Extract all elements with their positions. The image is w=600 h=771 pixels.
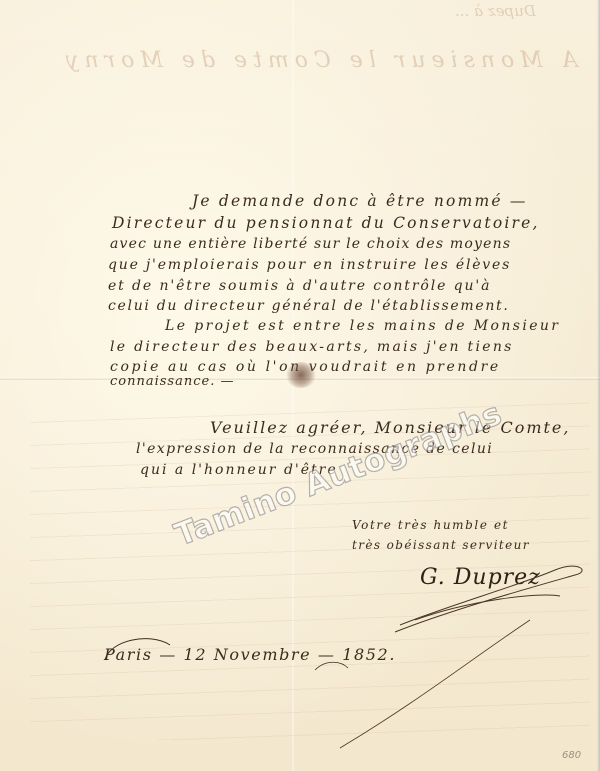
signature: G. Duprez: [420, 565, 541, 590]
body-line-3: avec une entière liberté sur le choix de…: [110, 236, 511, 252]
valediction-line-2: très obéissant serviteur: [352, 538, 530, 552]
ink-stain: [286, 362, 316, 388]
body-line-2: Directeur du pensionnat du Conservatoire…: [112, 214, 540, 232]
body-line-5: et de n'être soumis à d'autre contrôle q…: [108, 278, 491, 294]
archive-number: 680: [562, 750, 581, 761]
body-line-8: le directeur des beaux-arts, mais j'en t…: [110, 339, 514, 355]
body-line-7: Le projet est entre les mains de Monsieu…: [165, 318, 560, 334]
body-line-10: connaissance. —: [110, 374, 234, 389]
valediction-line-1: Votre très humble et: [352, 518, 509, 532]
body-line-1: Je demande donc à être nommé —: [192, 192, 528, 210]
place-date: Paris — 12 Novembre — 1852.: [104, 645, 396, 664]
faint-show-through-top-right: Dupez à ...: [455, 2, 536, 20]
letter-page: Dupez à ... A Monsieur le Comte de Morny…: [0, 0, 600, 771]
faint-show-through-salutation: A Monsieur le Comte de Morny: [60, 48, 578, 73]
body-line-6: celui du directeur général de l'établiss…: [108, 298, 510, 314]
body-line-4: que j'emploierais pour en instruire les …: [108, 257, 511, 273]
